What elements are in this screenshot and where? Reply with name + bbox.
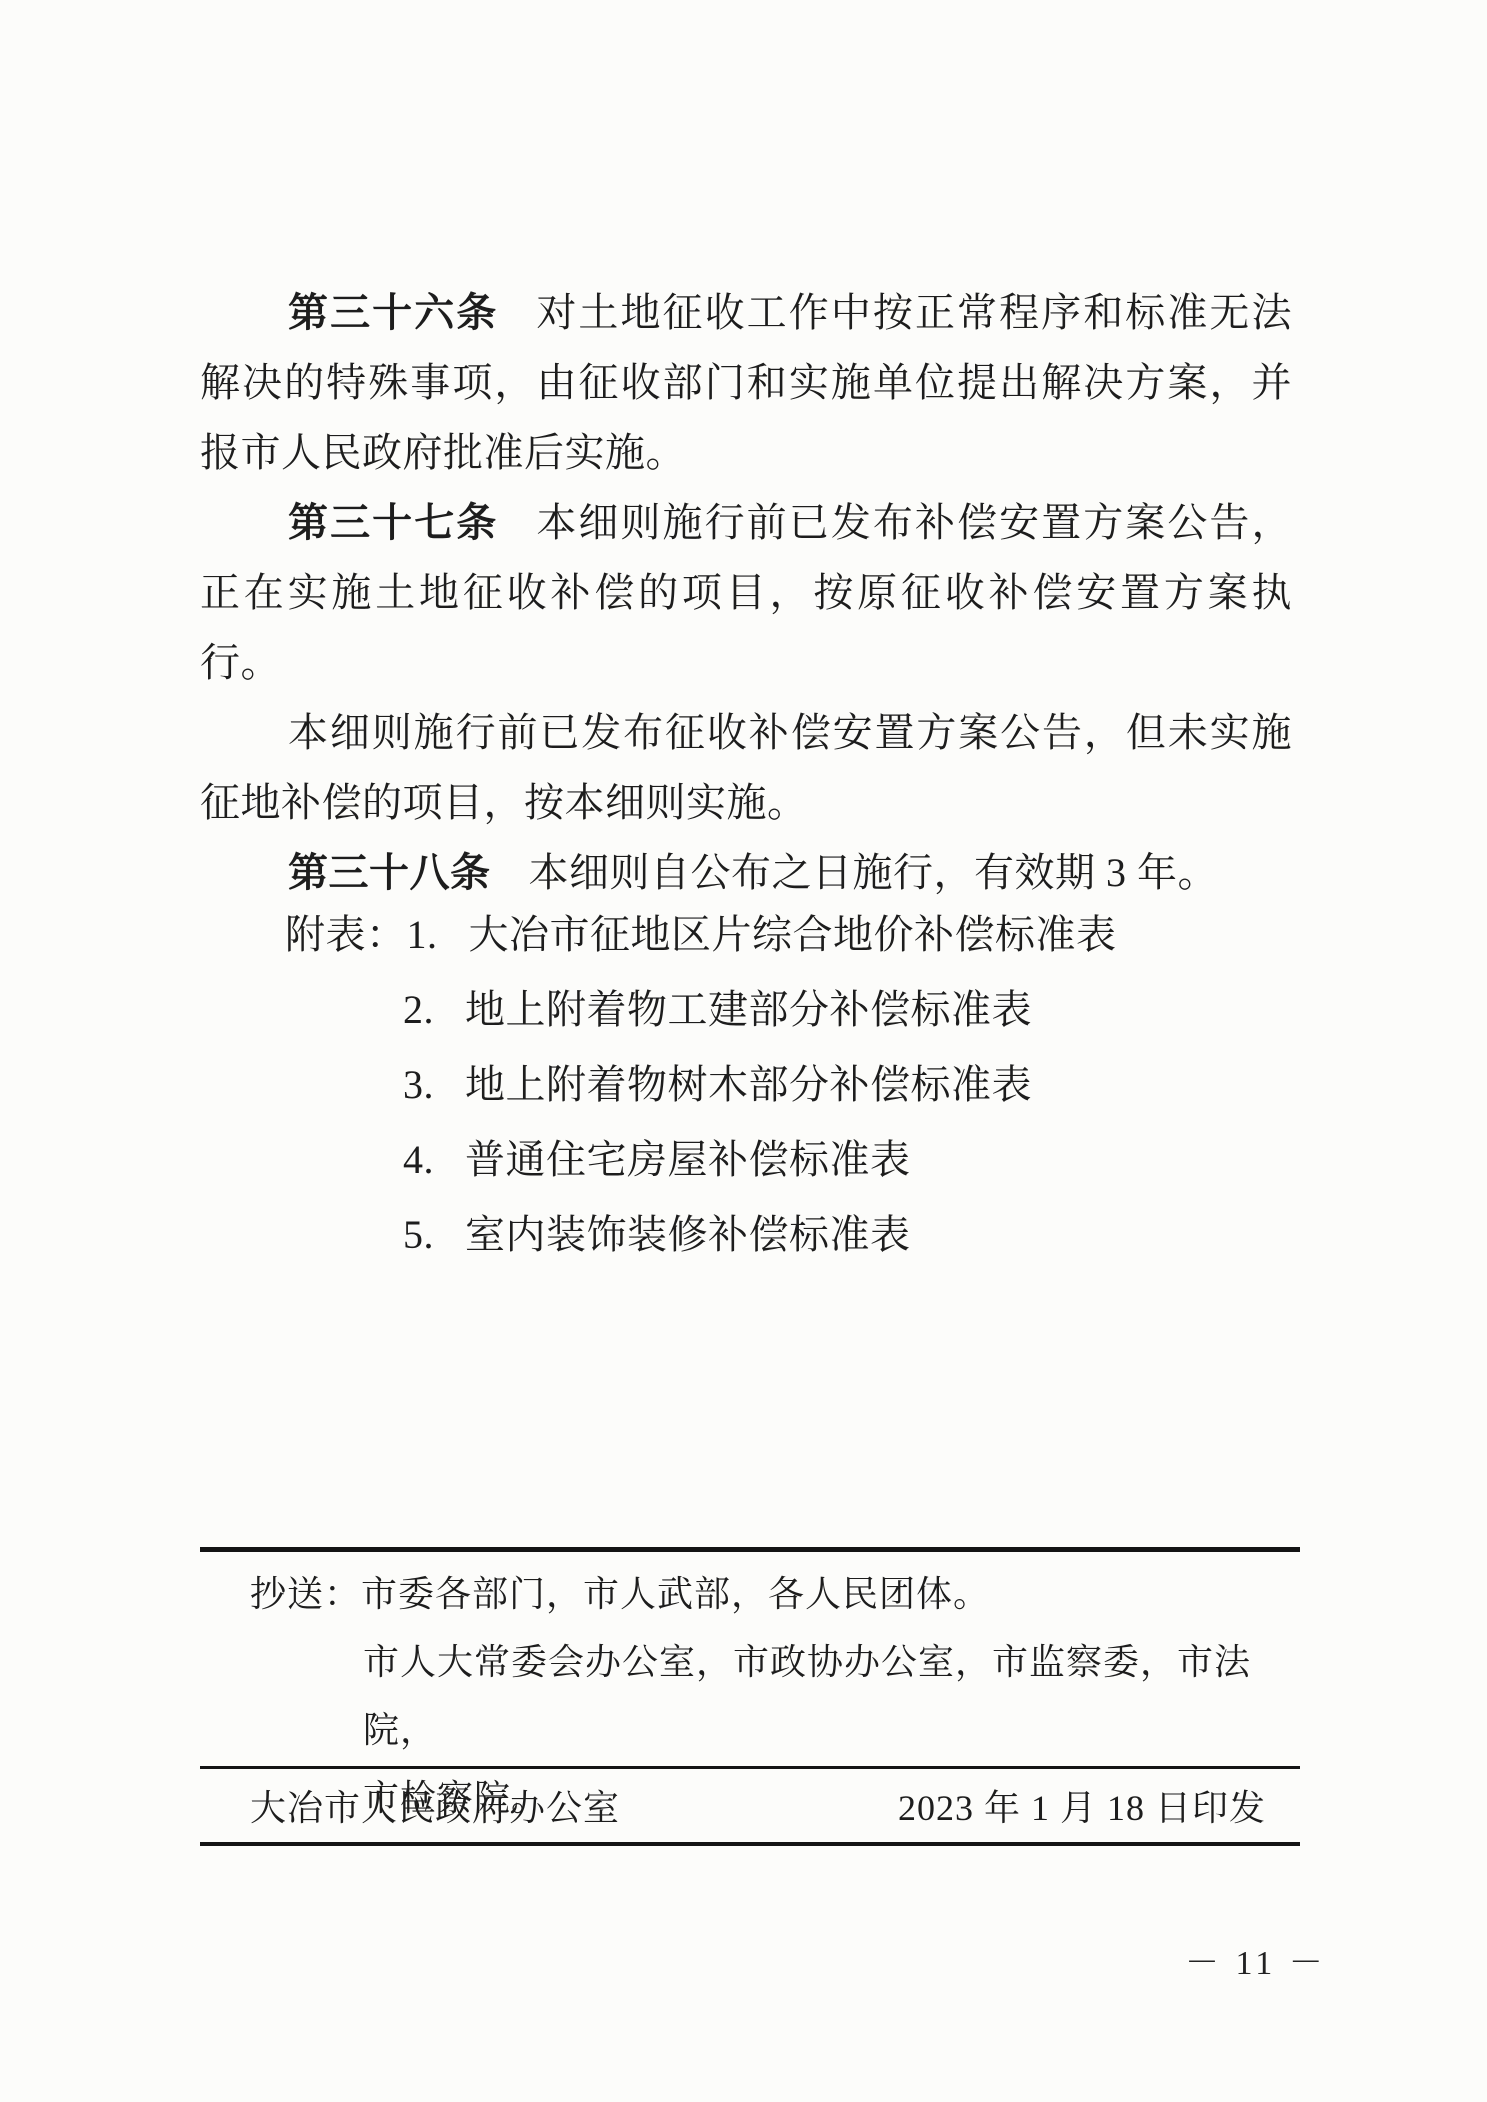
attachment-number: 5. <box>403 1197 465 1272</box>
document-page: 第三十六条对土地征收工作中按正常程序和标准无法解决的特殊事项，由征收部门和实施单… <box>0 0 1487 2102</box>
attachment-number: 4. <box>403 1122 465 1197</box>
article-37b-text: 本细则施行前已发布征收补偿安置方案公告，但未实施征地补偿的项目，按本细则实施。 <box>200 710 1292 825</box>
attachment-title: 普通住宅房屋补偿标准表 <box>465 1137 911 1182</box>
attachment-item: 3.地上附着物树木部分补偿标准表 <box>200 1047 1292 1122</box>
attachments-list: 附表：1.大冶市征地区片综合地价补偿标准表 2.地上附着物工建部分补偿标准表 3… <box>200 897 1292 1272</box>
attachment-item: 2.地上附着物工建部分补偿标准表 <box>200 972 1292 1047</box>
article-37-number: 第三十七条 <box>288 500 498 545</box>
print-date: 2023 年 1 月 18 日印发 <box>898 1780 1266 1831</box>
separator-rule-middle <box>200 1766 1300 1769</box>
document-body: 第三十六条对土地征收工作中按正常程序和标准无法解决的特殊事项，由征收部门和实施单… <box>200 278 1292 908</box>
article-37-second-paragraph: 本细则施行前已发布征收补偿安置方案公告，但未实施征地补偿的项目，按本细则实施。 <box>200 698 1292 838</box>
issuer-name: 大冶市人民政府办公室 <box>250 1780 620 1831</box>
copy-to-label: 抄送： <box>250 1574 361 1614</box>
attachment-number: 3. <box>403 1047 465 1122</box>
attachment-item: 5.室内装饰装修补偿标准表 <box>200 1197 1292 1272</box>
copy-to-line: 抄送：市委各部门，市人武部，各人民团体。 <box>250 1560 1300 1628</box>
attachment-item: 附表：1.大冶市征地区片综合地价补偿标准表 <box>200 897 1292 972</box>
attachment-title: 地上附着物工建部分补偿标准表 <box>465 987 1032 1032</box>
article-36-paragraph: 第三十六条对土地征收工作中按正常程序和标准无法解决的特殊事项，由征收部门和实施单… <box>200 278 1292 488</box>
issuer-row: 大冶市人民政府办公室 2023 年 1 月 18 日印发 <box>200 1772 1300 1838</box>
article-37-paragraph: 第三十七条本细则施行前已发布补偿安置方案公告，正在实施土地征收补偿的项目，按原征… <box>200 488 1292 698</box>
article-38-number: 第三十八条 <box>288 850 491 895</box>
copy-to-line: 市人大常委会办公室，市政协办公室，市监察委，市法院， <box>363 1628 1300 1764</box>
separator-rule-bottom <box>200 1842 1300 1846</box>
attachment-title: 地上附着物树木部分补偿标准表 <box>465 1062 1032 1107</box>
article-36-number: 第三十六条 <box>288 290 498 335</box>
attachment-item: 4.普通住宅房屋补偿标准表 <box>200 1122 1292 1197</box>
attachment-title: 室内装饰装修补偿标准表 <box>465 1212 911 1257</box>
attachments-label: 附表： <box>285 897 407 972</box>
attachment-number: 1. <box>407 897 469 972</box>
copy-to-recipients: 市委各部门，市人武部，各人民团体。 <box>361 1574 990 1614</box>
separator-rule-top <box>200 1547 1300 1552</box>
attachment-number: 2. <box>403 972 465 1047</box>
article-38-text: 本细则自公布之日施行，有效期 3 年。 <box>529 850 1219 895</box>
page-number: － 11 － <box>1185 1935 1327 1984</box>
attachment-title: 大冶市征地区片综合地价补偿标准表 <box>469 912 1117 957</box>
